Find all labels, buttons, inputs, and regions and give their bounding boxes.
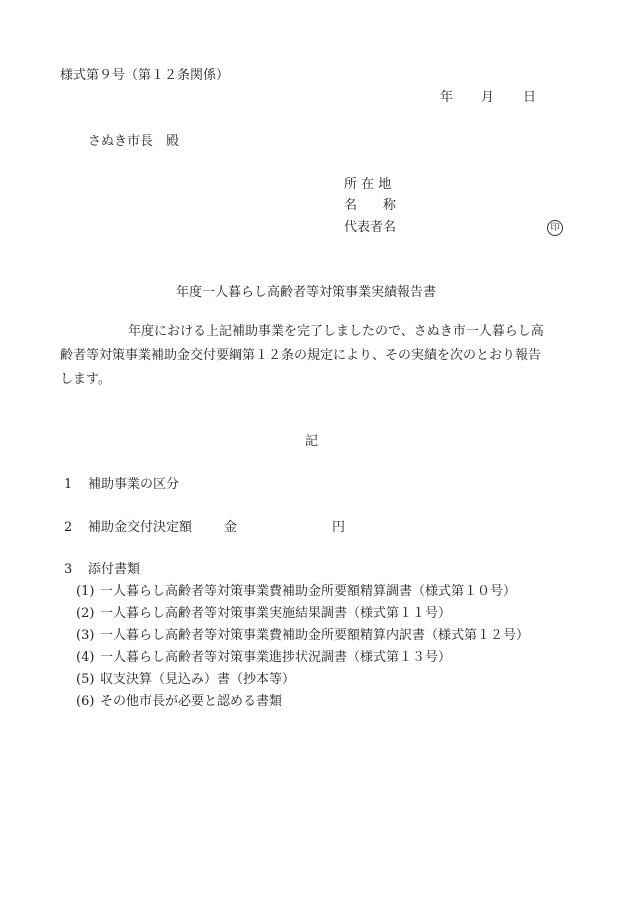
attachment-text: 一人暮らし高齢者等対策事業費補助金所要額精算調書（様式第１０号） — [100, 584, 516, 600]
year-label: 年 — [440, 90, 453, 106]
item-3-label: 添付書類 — [88, 562, 140, 578]
attachment-text: その他市長が必要と認める書類 — [100, 694, 282, 710]
attachment-number: (4) — [76, 650, 94, 666]
attachment-number: (2) — [76, 606, 94, 622]
body-line-3: します。 — [60, 372, 111, 388]
item-2-prefix: 金 — [224, 520, 237, 536]
document-title: 年度一人暮らし高齢者等対策事業実績報告書 — [176, 285, 436, 301]
body-line-2: 齢者等対策事業補助金交付要綱第１２条の規定により、その実績を次のとおり報告 — [60, 348, 541, 364]
representative-label: 代表者名 — [344, 220, 396, 236]
item-3-number: 3 — [64, 562, 72, 578]
form-number: 様式第９号（第１２条関係） — [60, 68, 229, 84]
attachment-number: (5) — [76, 672, 94, 688]
attachment-text: 一人暮らし高齢者等対策事業費補助金所要額精算内訳書（様式第１２号） — [100, 628, 529, 644]
attachment-text: 一人暮らし高齢者等対策事業実施結果調書（様式第１１号） — [100, 606, 451, 622]
address-label: 所 在 地 — [344, 177, 391, 193]
attachment-text: 一人暮らし高齢者等対策事業進捗状況調書（様式第１３号） — [100, 650, 451, 666]
day-label: 日 — [523, 90, 536, 106]
item-1-number: 1 — [64, 477, 72, 493]
body-line-1: 年度における上記補助事業を完了しましたので、さぬき市一人暮らし高 — [128, 324, 544, 340]
attachment-number: (6) — [76, 694, 94, 710]
ki-heading: 記 — [305, 434, 318, 450]
attachment-text: 収支決算（見込み）書（抄本等） — [100, 672, 295, 688]
item-2-label: 補助金交付決定額 — [88, 520, 192, 536]
seal-mark-icon: 印 — [547, 219, 563, 236]
item-2-unit: 円 — [332, 520, 345, 536]
month-label: 月 — [481, 90, 494, 106]
addressee: さぬき市長 殿 — [88, 134, 179, 150]
item-1-label: 補助事業の区分 — [88, 477, 179, 493]
name-label: 名 称 — [344, 198, 396, 214]
attachment-number: (1) — [76, 584, 94, 600]
seal-text: 印 — [547, 220, 563, 236]
item-2-number: 2 — [64, 520, 72, 536]
attachment-number: (3) — [76, 628, 94, 644]
